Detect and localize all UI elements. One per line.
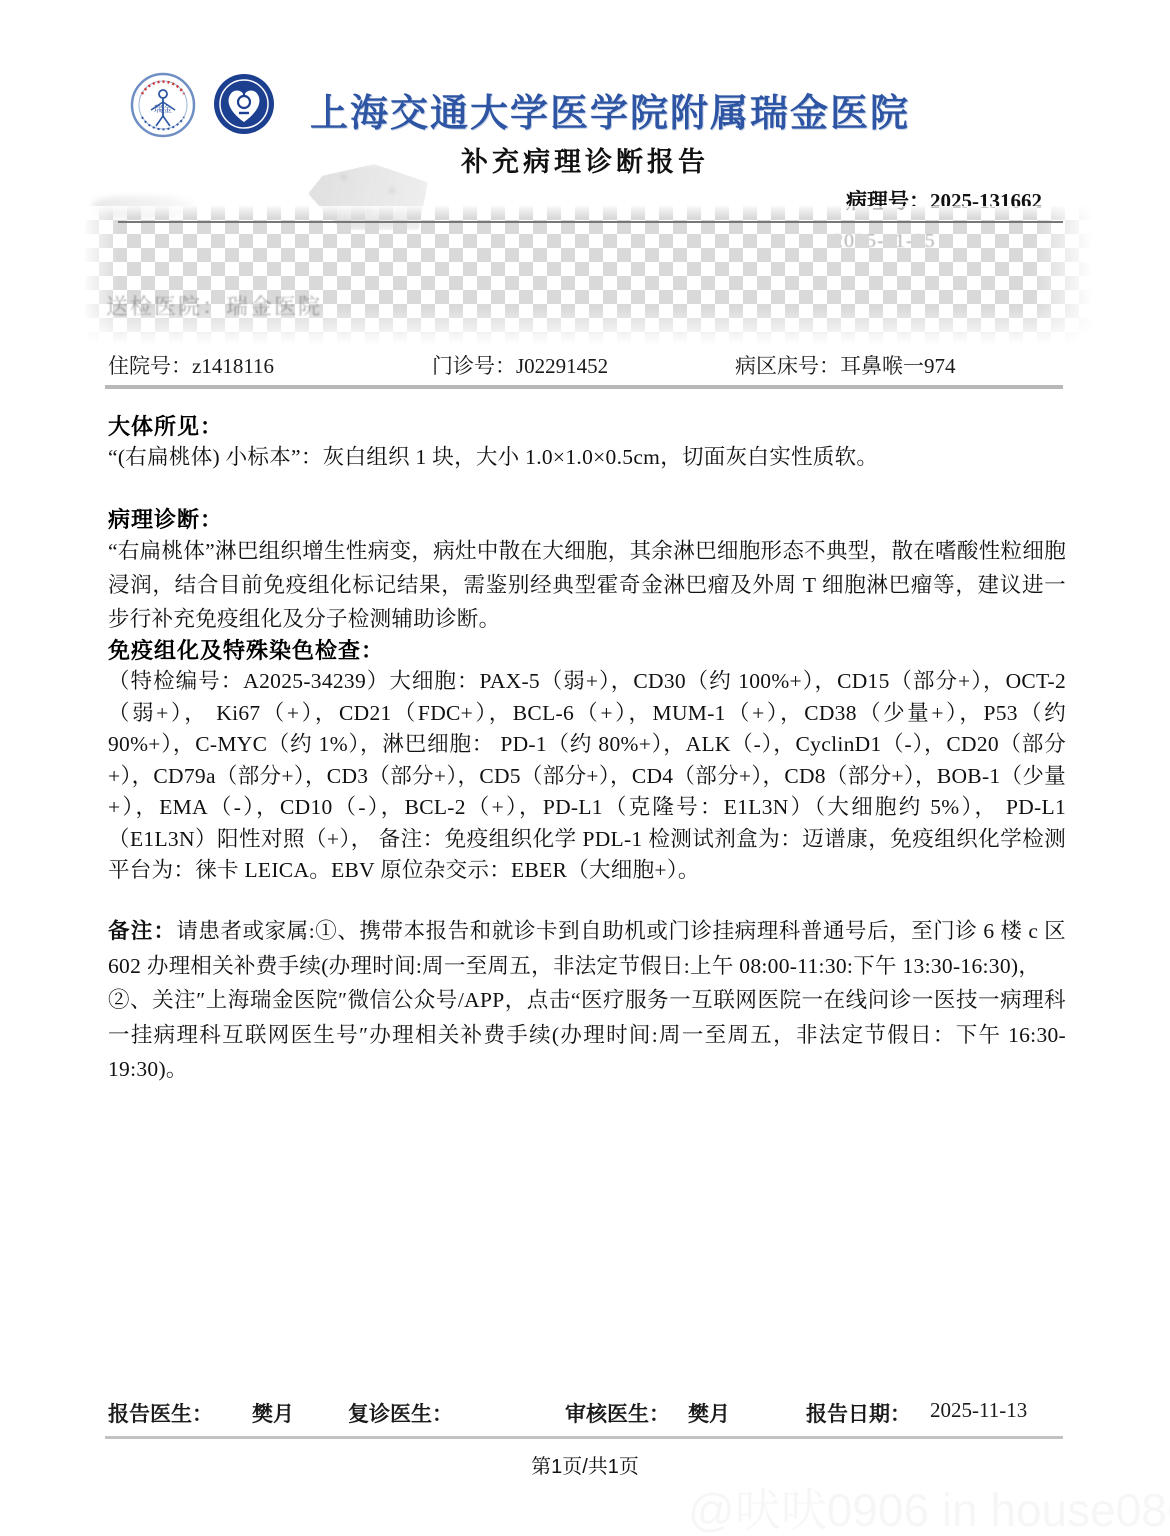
- header-divider-line: [118, 221, 1063, 223]
- hospital-name: 上海交通大学医学院附属瑞金医院: [270, 82, 950, 137]
- inpatient-number-value: z1418116: [192, 354, 274, 378]
- footer-doctor-row: 报告医生： 樊月 复诊医生： 审核医生： 樊月 报告日期： 2025-11-13: [0, 1398, 1170, 1428]
- checker-fade-left: [85, 206, 119, 348]
- ruijin-seal-text: 瑞金: [154, 103, 172, 114]
- remark-paragraph-1: 备注：请患者或家属:①、携带本报告和就诊卡到自助机或门诊挂病理科普通号后，至门诊…: [108, 914, 1066, 983]
- diagnosis-title: 病理诊断：: [108, 503, 223, 534]
- diagnosis-content: “右扁桃体”淋巴组织增生性病变，病灶中散在大细胞，其余淋巴细胞形态不典型，散在嗜…: [108, 534, 1066, 636]
- ihc-title: 免疫组化及特殊染色检查：: [108, 634, 384, 665]
- pathology-report-page: { "header": { "hospital_name": "上海交通大学医学…: [0, 0, 1170, 1536]
- watermark-text: @吠吠0906 in house086: [688, 1474, 1170, 1536]
- checker-fade-right: [1033, 206, 1103, 348]
- outpatient-number: 门诊号：J02291452: [432, 350, 608, 380]
- remark-title: 备注：: [108, 919, 176, 943]
- gross-findings-content: “(右扁桃体) 小标本”：灰白组织 1 块，大小 1.0×1.0×0.5cm，切…: [108, 440, 1066, 474]
- remark-content-2: ②、关注″上海瑞金医院″微信公众号/APP，点击“医疗服务一互联网医院一在线问诊…: [108, 988, 1066, 1081]
- inpatient-number: 住院号：z1418116: [108, 350, 274, 380]
- report-date-value: 2025-11-13: [930, 1398, 1027, 1423]
- review-doctor-label: 复诊医生：: [348, 1398, 453, 1428]
- remark-content-1: 请患者或家属:①、携带本报告和就诊卡到自助机或门诊挂病理科普通号后，至门诊 6 …: [108, 919, 1066, 978]
- faint-sender-hospital: 送检医院：瑞金医院: [106, 290, 322, 321]
- remark-paragraph-2: ②、关注″上海瑞金医院″微信公众号/APP，点击“医疗服务一互联网医院一在线问诊…: [108, 983, 1066, 1087]
- audit-doctor-value: 樊月: [688, 1398, 730, 1428]
- report-doctor-value: 樊月: [252, 1398, 294, 1428]
- report-doctor-label: 报告医生：: [108, 1398, 213, 1428]
- checker-fade-top: [85, 206, 1103, 218]
- ihc-content: （特检编号：A2025-34239）大细胞：PAX-5（弱+），CD30（约 1…: [108, 666, 1066, 887]
- report-date-label: 报告日期：: [806, 1398, 911, 1428]
- ruijin-seal-icon: 瑞金: [130, 72, 196, 143]
- section-divider-line: [105, 385, 1063, 389]
- gross-findings-title: 大体所见：: [108, 410, 223, 441]
- footer-divider-line: [105, 1436, 1063, 1439]
- audit-doctor-label: 审核医生：: [565, 1398, 670, 1428]
- outpatient-number-value: J02291452: [516, 354, 608, 378]
- ward-bed-value: 耳鼻喉一974: [840, 354, 956, 378]
- remark-block: 备注：请患者或家属:①、携带本报告和就诊卡到自助机或门诊挂病理科普通号后，至门诊…: [108, 914, 1066, 1087]
- report-title: 补充病理诊断报告: [0, 140, 1170, 179]
- redaction-checkerboard: [85, 206, 1103, 348]
- ward-bed: 病区床号：耳鼻喉一974: [735, 350, 956, 380]
- outpatient-number-label: 门诊号：: [432, 354, 516, 378]
- college-seal-icon: [212, 72, 276, 141]
- ward-bed-label: 病区床号：: [735, 354, 840, 378]
- inpatient-number-label: 住院号：: [108, 354, 192, 378]
